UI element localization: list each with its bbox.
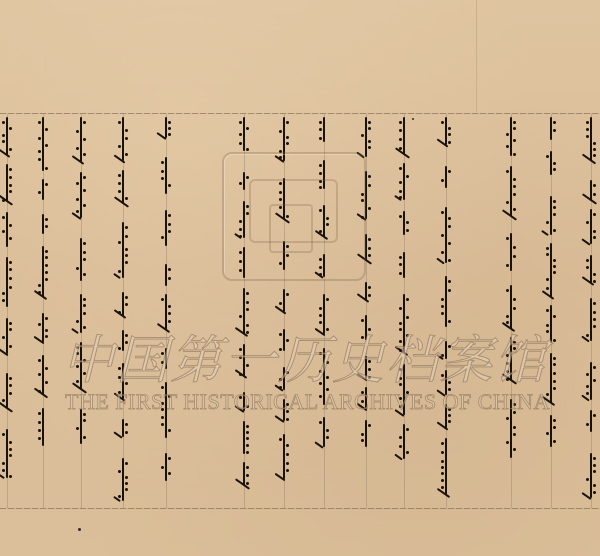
manchu-script-column <box>116 115 130 507</box>
seal-inner-box <box>269 204 313 253</box>
manchu-script-column <box>159 115 173 507</box>
top-border-rule <box>0 113 600 114</box>
ink-speck <box>412 118 414 120</box>
paper-crease <box>476 0 477 112</box>
manchu-script-column <box>544 115 558 507</box>
ink-speck <box>78 528 81 531</box>
bottom-border-rule <box>0 508 600 509</box>
watermark-chinese: 中国第一历史档案馆 <box>62 318 542 393</box>
manchu-script-column <box>584 115 598 507</box>
manchu-script-column <box>0 115 14 507</box>
archive-seal-icon <box>222 152 366 281</box>
manchu-script-column <box>36 115 50 507</box>
manchu-script-column <box>74 115 88 507</box>
manchu-script-column <box>439 115 453 507</box>
watermark-english: THE FIRST HISTORICAL ARCHIVES OF CHINA <box>65 389 545 415</box>
manchu-script-column <box>397 115 411 507</box>
manchu-script-column <box>504 115 518 507</box>
